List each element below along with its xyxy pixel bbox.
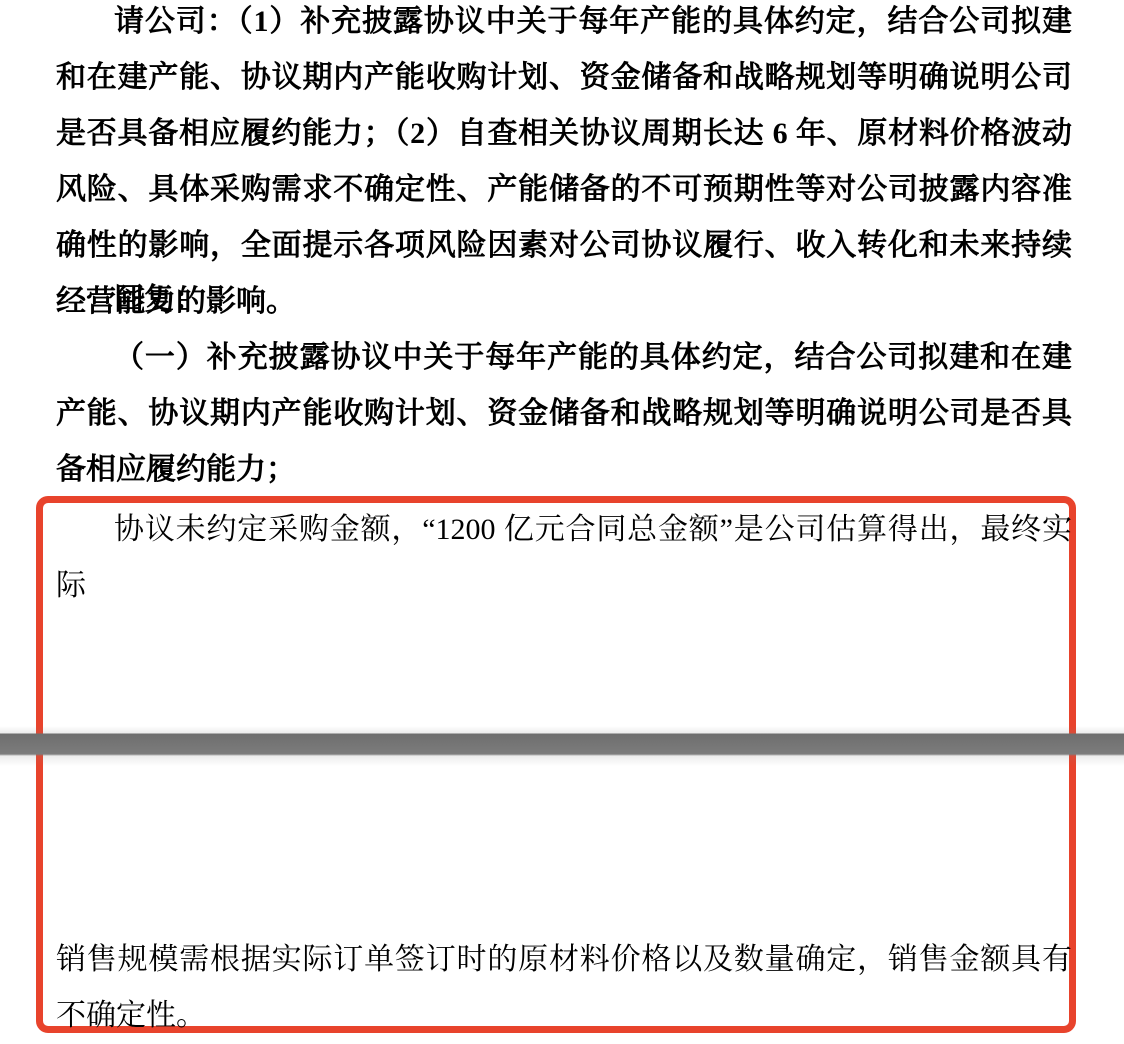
highlight-text-top: 协议未约定采购金额，“1200 亿元合同总金额”是公司估算得出，最终实际 [56, 502, 1072, 614]
page-separator-bar [0, 726, 1124, 766]
highlight-text-bottom: 销售规模需根据实际订单签订时的原材料价格以及数量确定，销售金额具有不确定性。 [56, 932, 1072, 1044]
reply-item-heading: （一）补充披露协议中关于每年产能的具体约定，结合公司拟建和在建产能、协议期内产能… [56, 330, 1072, 498]
reply-label: 回复： [56, 272, 1072, 328]
document-page: 请公司：（1）补充披露协议中关于每年产能的具体约定，结合公司拟建和在建产能、协议… [0, 0, 1124, 1044]
